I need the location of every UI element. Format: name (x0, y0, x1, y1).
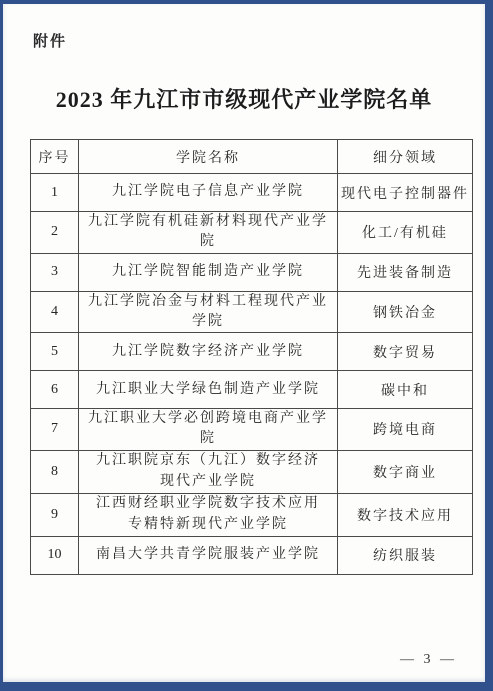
cell-field: 先进装备制造 (338, 253, 473, 291)
cell-college: 九江职业大学必创跨境电商产业学院 (79, 409, 338, 451)
table-row: 2 九江学院有机硅新材料现代产业学院 化工/有机硅 (31, 212, 473, 254)
cell-field: 碳中和 (338, 371, 473, 409)
cell-college: 九江学院冶金与材料工程现代产业学院 (79, 291, 338, 333)
cell-college: 九江学院电子信息产业学院 (79, 174, 338, 212)
table-row: 1 九江学院电子信息产业学院 现代电子控制器件 (31, 174, 473, 212)
attachment-label: 附件 (33, 30, 67, 51)
header-subdivision-field: 细分领域 (338, 140, 473, 174)
cell-field: 数字贸易 (338, 333, 473, 371)
cell-field: 化工/有机硅 (338, 212, 473, 254)
table-header-row: 序号 学院名称 细分领域 (31, 140, 473, 174)
table-row: 3 九江学院智能制造产业学院 先进装备制造 (31, 253, 473, 291)
cell-serial: 7 (31, 409, 79, 451)
header-serial-number: 序号 (31, 140, 79, 174)
cell-serial: 8 (31, 450, 79, 493)
cell-serial: 5 (31, 333, 79, 371)
cell-college: 九江学院有机硅新材料现代产业学院 (79, 212, 338, 254)
cell-college: 江西财经职业学院数字技术应用 专精特新现代产业学院 (79, 493, 338, 536)
cell-field: 数字商业 (338, 450, 473, 493)
cell-serial: 1 (31, 174, 79, 212)
table-row: 7 九江职业大学必创跨境电商产业学院 跨境电商 (31, 409, 473, 451)
cell-serial: 2 (31, 212, 79, 254)
cell-field: 纺织服装 (338, 536, 473, 574)
cell-serial: 6 (31, 371, 79, 409)
cell-college: 九江学院数字经济产业学院 (79, 333, 338, 371)
scan-border-frame: 附件 2023 年九江市市级现代产业学院名单 序号 学院名称 细分领域 1 九江… (0, 0, 493, 691)
cell-field: 跨境电商 (338, 409, 473, 451)
table-row: 4 九江学院冶金与材料工程现代产业学院 钢铁冶金 (31, 291, 473, 333)
document-page: 附件 2023 年九江市市级现代产业学院名单 序号 学院名称 细分领域 1 九江… (3, 4, 485, 682)
cell-serial: 4 (31, 291, 79, 333)
table-row: 8 九江职院京东（九江）数字经济 现代产业学院 数字商业 (31, 450, 473, 493)
cell-college: 南昌大学共青学院服装产业学院 (79, 536, 338, 574)
cell-field: 钢铁冶金 (338, 291, 473, 333)
cell-serial: 10 (31, 536, 79, 574)
college-list-table: 序号 学院名称 细分领域 1 九江学院电子信息产业学院 现代电子控制器件 2 九… (30, 139, 473, 575)
cell-college: 九江学院智能制造产业学院 (79, 253, 338, 291)
cell-field: 现代电子控制器件 (338, 174, 473, 212)
cell-serial: 9 (31, 493, 79, 536)
cell-field: 数字技术应用 (338, 493, 473, 536)
page-number: — 3 — (400, 652, 457, 668)
cell-serial: 3 (31, 253, 79, 291)
table-row: 6 九江职业大学绿色制造产业学院 碳中和 (31, 371, 473, 409)
table-row: 9 江西财经职业学院数字技术应用 专精特新现代产业学院 数字技术应用 (31, 493, 473, 536)
header-college-name: 学院名称 (79, 140, 338, 174)
cell-college: 九江职院京东（九江）数字经济 现代产业学院 (79, 450, 338, 493)
table-row: 10 南昌大学共青学院服装产业学院 纺织服装 (31, 536, 473, 574)
table-row: 5 九江学院数字经济产业学院 数字贸易 (31, 333, 473, 371)
cell-college: 九江职业大学绿色制造产业学院 (79, 371, 338, 409)
page-title: 2023 年九江市市级现代产业学院名单 (3, 83, 485, 114)
